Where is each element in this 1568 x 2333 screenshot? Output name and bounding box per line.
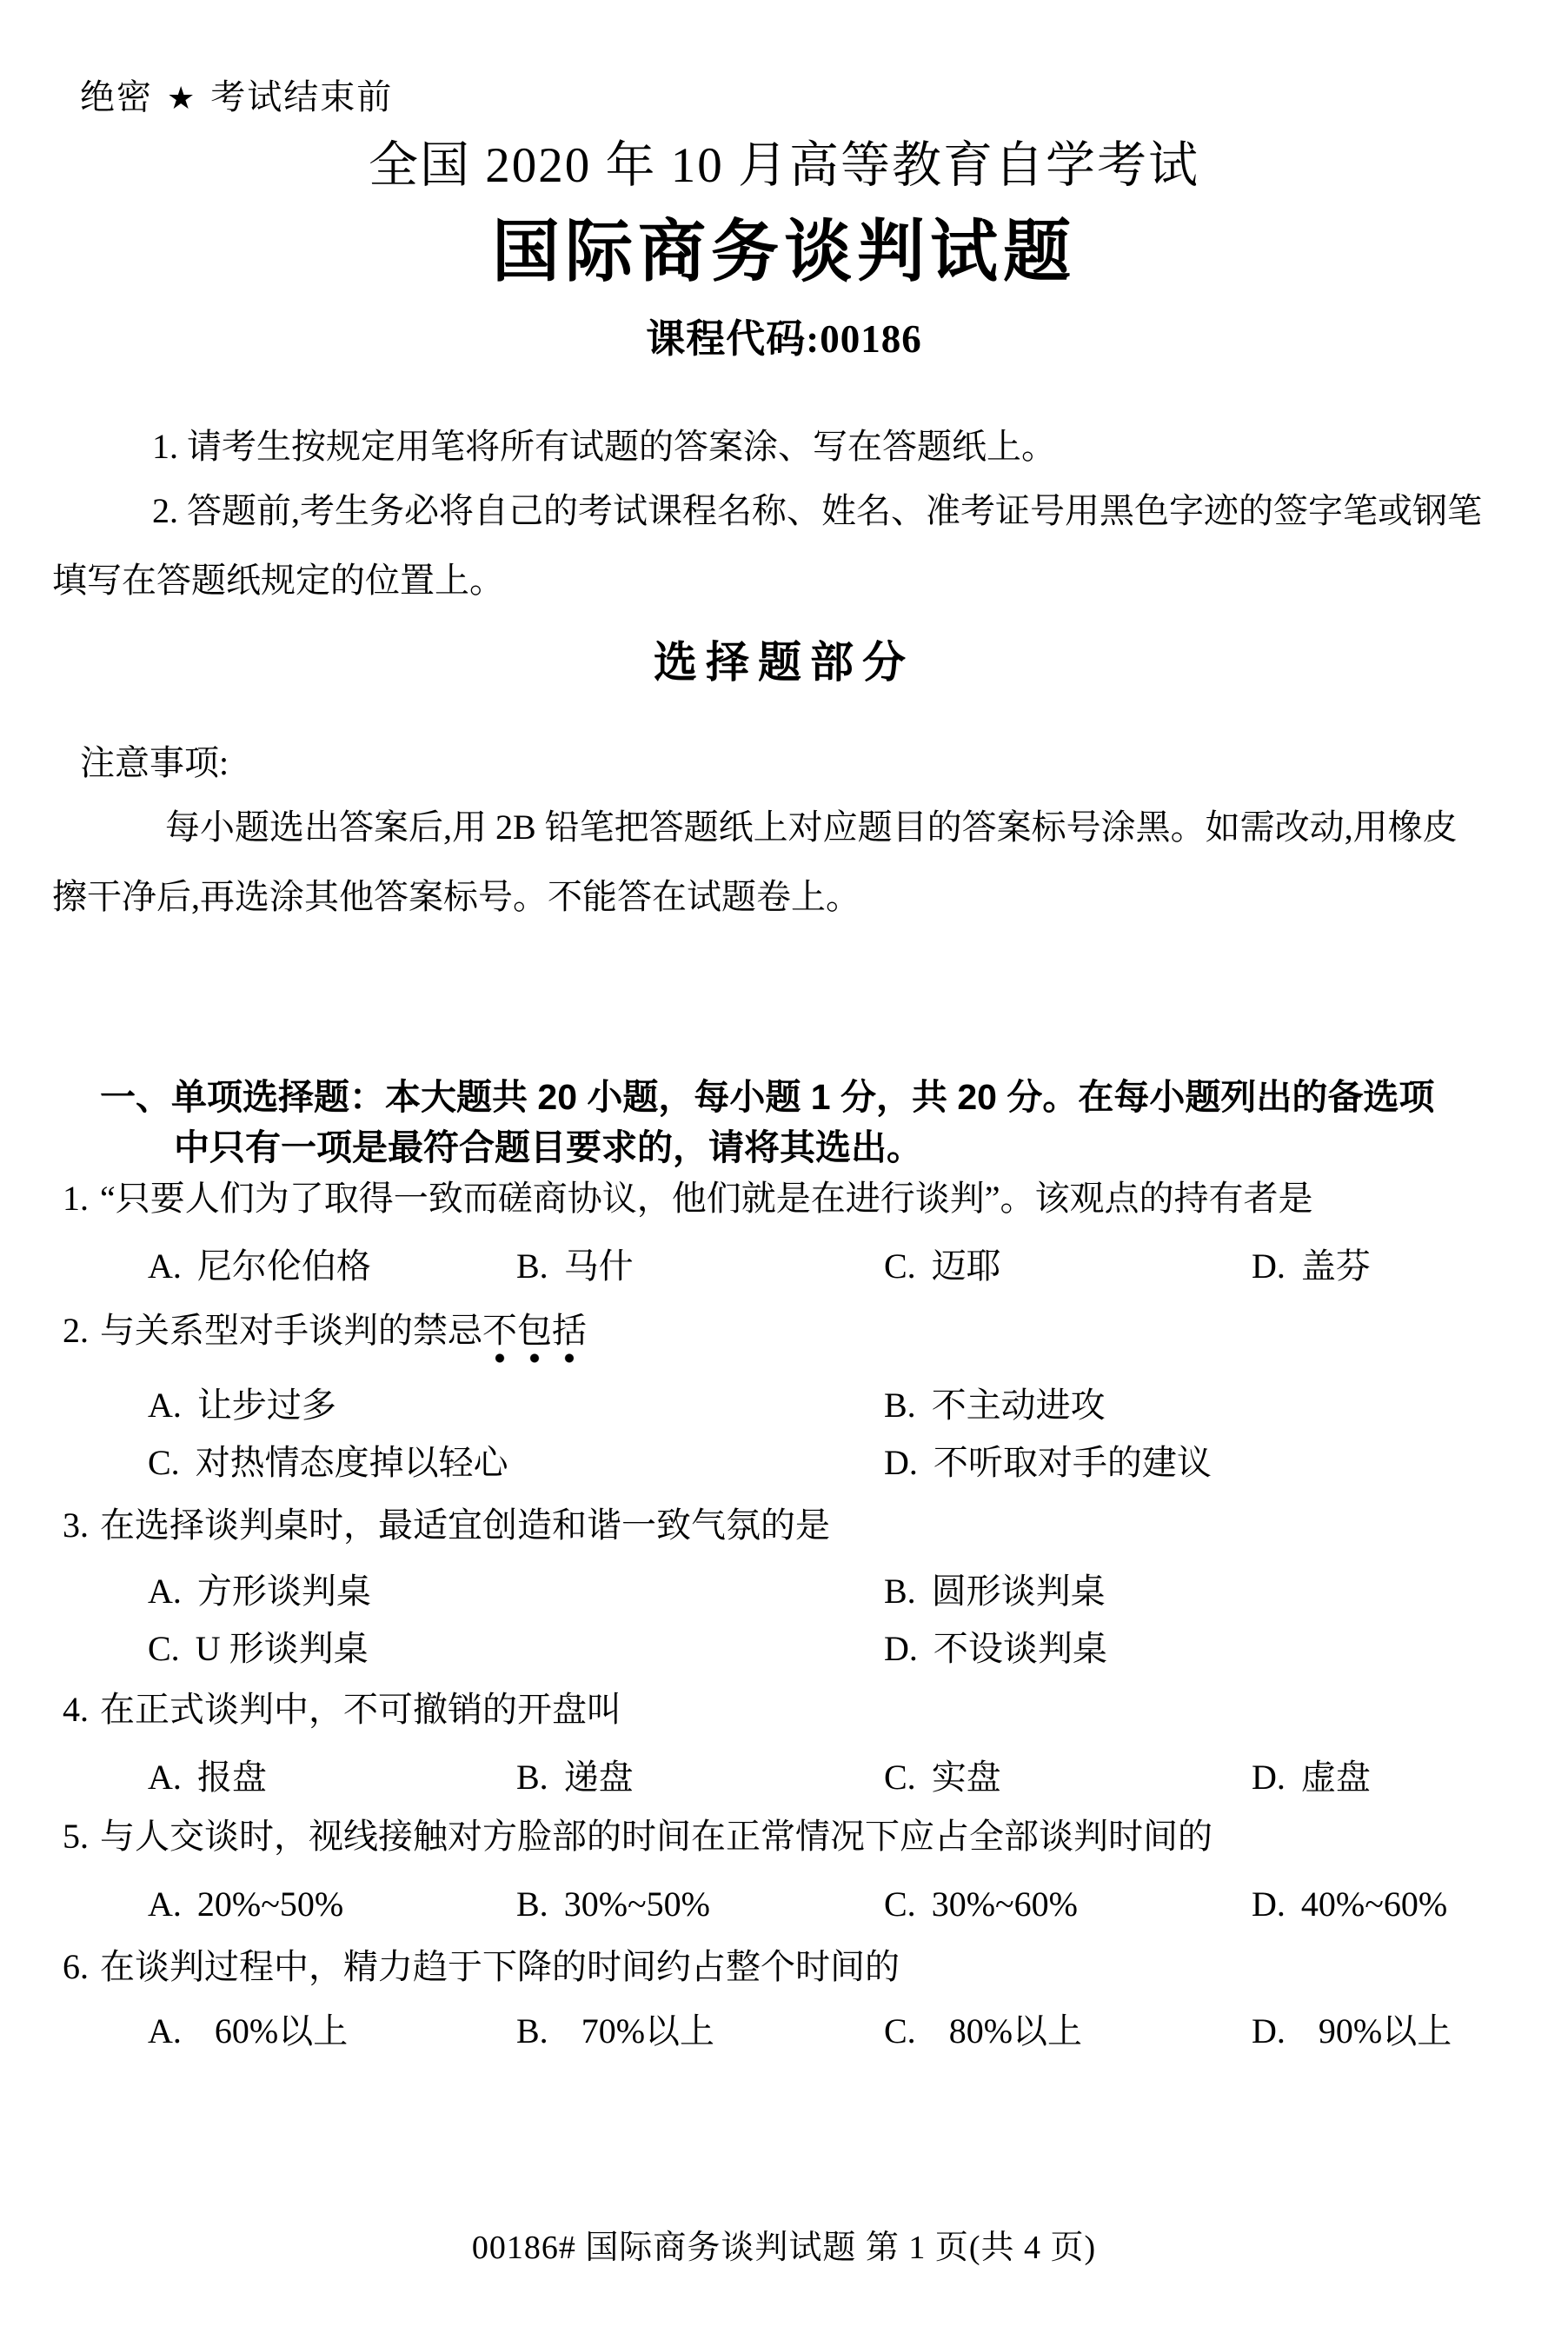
question-1-number: 1. <box>63 1177 89 1220</box>
question-4-option-d: D.虚盘 <box>1252 1756 1371 1799</box>
question-2-text: 与关系型对手谈判的禁忌不包括 <box>52 1309 1537 1353</box>
option-letter: B. <box>516 1758 548 1797</box>
question-4-number: 4. <box>63 1688 89 1731</box>
question-2-option-a: A.让步过多 <box>148 1384 336 1427</box>
question-5-number: 5. <box>63 1815 89 1858</box>
question-2-stem: 2. 与关系型对手谈判的禁忌不包括 <box>52 1309 1537 1353</box>
instruction-item-2-line-2: 填写在答题纸规定的位置上。 <box>52 558 1537 603</box>
question-6-option-d: D.90%以上 <box>1252 2010 1452 2053</box>
question-2-option-b: B.不主动进攻 <box>884 1384 1106 1427</box>
question-5-text: 与人交谈时，视线接触对方脸部的时间在正常情况下应占全部谈判时间的 <box>52 1815 1537 1858</box>
exam-subject-title: 国际商务谈判试题 <box>0 212 1568 292</box>
question-1-options: A.尼尔伦伯格 B.马什 C.迈耶 D.盖芬 <box>52 1245 1537 1288</box>
question-6-stem: 6. 在谈判过程中，精力趋于下降的时间约占整个时间的 <box>52 1945 1537 1989</box>
question-3-stem: 3. 在选择谈判桌时，最适宜创造和谐一致气氛的是 <box>52 1504 1537 1547</box>
option-letter: C. <box>884 1758 916 1797</box>
question-5-stem: 5. 与人交谈时，视线接触对方脸部的时间在正常情况下应占全部谈判时间的 <box>52 1815 1537 1858</box>
option-letter: A. <box>148 1572 182 1611</box>
question-5-option-d: D.40%~60% <box>1252 1883 1447 1926</box>
notice-line-1: 每小题选出答案后,用 2B 铅笔把答题纸上对应题目的答案标号涂黑。如需改动,用橡… <box>52 805 1568 850</box>
option-text: 70%以上 <box>581 2011 714 2051</box>
question-6-options: A.60%以上 B.70%以上 C.80%以上 D.90%以上 <box>52 2010 1537 2053</box>
option-text: 递盘 <box>564 1758 634 1797</box>
security-period-label: 考试结束前 <box>210 78 393 116</box>
section1-heading-line-2: 中只有一项是最符合题目要求的，请将其选出。 <box>52 1125 1568 1170</box>
option-letter: C. <box>884 1884 916 1924</box>
question-list: 1. “只要人们为了取得一致而磋商协议，他们就是在进行谈判”。该观点的持有者是 … <box>52 1177 1537 2053</box>
question-4-stem: 4. 在正式谈判中，不可撤销的开盘叫 <box>52 1688 1537 1731</box>
option-letter: D. <box>1252 1884 1286 1924</box>
question-1-option-c: C.迈耶 <box>884 1245 1001 1288</box>
question-2-option-d: D.不听取对手的建议 <box>884 1441 1212 1485</box>
question-6-text: 在谈判过程中，精力趋于下降的时间约占整个时间的 <box>52 1945 1537 1989</box>
option-letter: D. <box>884 1443 918 1482</box>
question-6-option-a: A.60%以上 <box>148 2010 348 2053</box>
question-2-text-prefix: 与关系型对手谈判的禁忌 <box>100 1311 482 1350</box>
option-letter: A. <box>148 1386 182 1425</box>
question-6-option-c: C.80%以上 <box>884 2010 1082 2053</box>
option-letter: D. <box>1252 2011 1286 2051</box>
exam-session-title: 全国 2020 年 10 月高等教育自学考试 <box>0 136 1568 196</box>
part-title: 选择题部分 <box>0 636 1568 688</box>
option-letter: B. <box>516 1246 548 1286</box>
security-classification: 绝密★考试结束前 <box>80 76 393 119</box>
question-2-options-row-1: A.让步过多 B.不主动进攻 <box>52 1384 1537 1427</box>
option-text: 不听取对手的建议 <box>933 1443 1212 1482</box>
star-icon: ★ <box>167 80 196 116</box>
option-text: 马什 <box>564 1246 634 1286</box>
question-6-option-b: B.70%以上 <box>516 2010 714 2053</box>
question-3-option-a: A.方形谈判桌 <box>148 1570 371 1613</box>
option-text: 对热情态度掉以轻心 <box>196 1443 508 1482</box>
option-text: 迈耶 <box>932 1246 1001 1286</box>
option-text: 报盘 <box>197 1758 267 1797</box>
option-text: 不主动进攻 <box>932 1386 1106 1425</box>
question-3-options-row-1: A.方形谈判桌 B.圆形谈判桌 <box>52 1570 1537 1613</box>
option-letter: C. <box>884 2011 916 2051</box>
question-4-option-b: B.递盘 <box>516 1756 634 1799</box>
question-2-option-c: C.对热情态度掉以轻心 <box>148 1441 508 1485</box>
question-4-option-a: A.报盘 <box>148 1756 267 1799</box>
option-text: 40%~60% <box>1301 1884 1447 1924</box>
question-3-option-b: B.圆形谈判桌 <box>884 1570 1106 1613</box>
option-text: 80%以上 <box>949 2011 1082 2051</box>
question-5-option-c: C.30%~60% <box>884 1883 1078 1926</box>
option-letter: D. <box>884 1629 918 1668</box>
option-letter: C. <box>148 1629 180 1668</box>
option-text: 30%~50% <box>564 1884 710 1924</box>
option-text: 20%~50% <box>197 1884 343 1924</box>
option-letter: A. <box>148 1884 182 1924</box>
question-1-option-b: B.马什 <box>516 1245 634 1288</box>
security-level-label: 绝密 <box>80 78 153 116</box>
question-3-option-d: D.不设谈判桌 <box>884 1627 1107 1671</box>
option-text: 圆形谈判桌 <box>932 1572 1106 1611</box>
question-1-option-a: A.尼尔伦伯格 <box>148 1245 371 1288</box>
option-text: U 形谈判桌 <box>196 1629 369 1668</box>
question-3-number: 3. <box>63 1504 89 1547</box>
question-1-stem: 1. “只要人们为了取得一致而磋商协议，他们就是在进行谈判”。该观点的持有者是 <box>52 1177 1537 1220</box>
question-3-option-c: C.U 形谈判桌 <box>148 1627 369 1671</box>
option-text: 90%以上 <box>1319 2011 1452 2051</box>
question-6-number: 6. <box>63 1945 89 1989</box>
option-text: 盖芬 <box>1301 1246 1371 1286</box>
option-letter: D. <box>1252 1758 1286 1797</box>
option-letter: A. <box>148 1246 182 1286</box>
option-text: 30%~60% <box>932 1884 1078 1924</box>
option-letter: D. <box>1252 1246 1286 1286</box>
instruction-item-2-line-1: 2. 答题前,考生务必将自己的考试课程名称、姓名、准考证号用黑色字迹的签字笔或钢… <box>52 489 1568 534</box>
question-3-options-row-2: C.U 形谈判桌 D.不设谈判桌 <box>52 1627 1537 1671</box>
question-4-options: A.报盘 B.递盘 C.实盘 D.虚盘 <box>52 1756 1537 1799</box>
question-5-option-a: A.20%~50% <box>148 1883 343 1926</box>
option-text: 不设谈判桌 <box>933 1629 1107 1668</box>
page-footer: 00186# 国际商务谈判试题 第 1 页(共 4 页) <box>0 2227 1568 2269</box>
option-letter: A. <box>148 1758 182 1797</box>
question-2-options-row-2: C.对热情态度掉以轻心 D.不听取对手的建议 <box>52 1441 1537 1485</box>
option-letter: C. <box>148 1443 180 1482</box>
option-text: 方形谈判桌 <box>197 1572 371 1611</box>
question-2-number: 2. <box>63 1309 89 1353</box>
instruction-item-1: 1. 请考生按规定用笔将所有试题的答案涂、写在答题纸上。 <box>52 424 1568 469</box>
section1-heading-line-1: 一、单项选择题：本大题共 20 小题，每小题 1 分，共 20 分。在每小题列出… <box>52 1074 1568 1120</box>
emphasized-text: 不包括 <box>482 1311 587 1364</box>
option-letter: C. <box>884 1246 916 1286</box>
question-1-option-d: D.盖芬 <box>1252 1245 1371 1288</box>
question-4-option-c: C.实盘 <box>884 1756 1001 1799</box>
question-5-options: A.20%~50% B.30%~50% C.30%~60% D.40%~60% <box>52 1883 1537 1926</box>
question-1-text: “只要人们为了取得一致而磋商协议，他们就是在进行谈判”。该观点的持有者是 <box>52 1177 1537 1220</box>
option-letter: B. <box>884 1386 916 1425</box>
option-letter: B. <box>516 1884 548 1924</box>
question-4-text: 在正式谈判中，不可撤销的开盘叫 <box>52 1688 1537 1731</box>
notice-line-2: 擦干净后,再选涂其他答案标号。不能答在试题卷上。 <box>52 874 1537 920</box>
option-text: 虚盘 <box>1301 1758 1371 1797</box>
option-text: 尼尔伦伯格 <box>197 1246 371 1286</box>
question-5-option-b: B.30%~50% <box>516 1883 710 1926</box>
option-letter: A. <box>148 2011 182 2051</box>
notice-label: 注意事项: <box>80 741 229 786</box>
option-letter: B. <box>516 2011 548 2051</box>
option-letter: B. <box>884 1572 916 1611</box>
course-code: 课程代码:00186 <box>0 315 1568 363</box>
option-text: 让步过多 <box>197 1386 336 1425</box>
question-3-text: 在选择谈判桌时，最适宜创造和谐一致气氛的是 <box>52 1504 1537 1547</box>
option-text: 60%以上 <box>215 2011 348 2051</box>
option-text: 实盘 <box>932 1758 1001 1797</box>
